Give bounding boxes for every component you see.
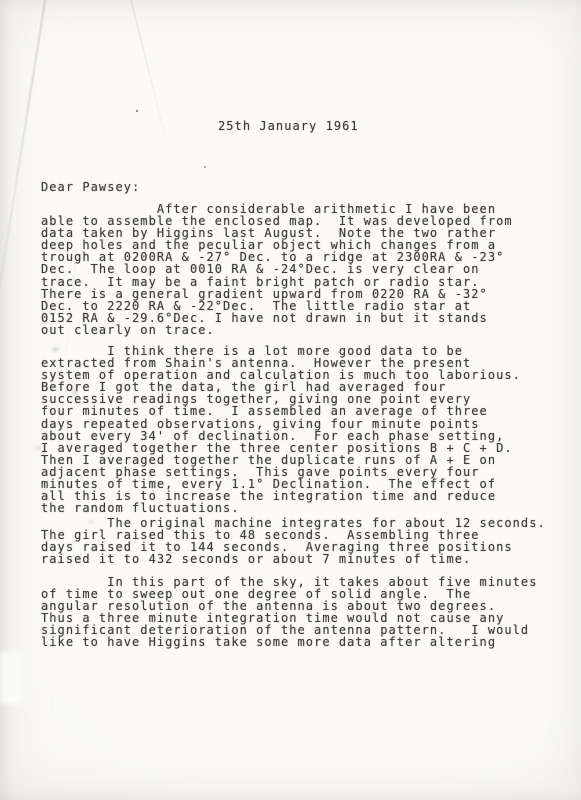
letter-page: 25th January 1961 Dear Pawsey: After con… — [0, 0, 581, 800]
letter-line: Dec. The loop at 0010 RA & -24°Dec. is v… — [41, 263, 513, 275]
paper-edge-patch — [0, 652, 22, 704]
letter-line: raised it to 432 seconds or about 7 minu… — [41, 553, 546, 565]
paragraph-1: After considerable arithmetic I have bee… — [41, 203, 513, 336]
paragraph-2: I think there is a lot more good data to… — [41, 345, 521, 514]
paper-speck — [136, 110, 138, 112]
letter-line: There is a general gradient upward from … — [41, 288, 513, 300]
letter-line: out clearly on trace. — [41, 324, 513, 336]
letter-line: about every 34' of declination. For each… — [41, 430, 521, 442]
letter-line: trace. It may be a faint bright patch or… — [41, 276, 513, 288]
paper-speck — [204, 166, 206, 168]
paragraph-4: In this part of the sky, it takes about … — [41, 576, 537, 649]
letter-salutation: Dear Pawsey: — [41, 181, 140, 193]
letter-line: the random fluctuations. — [41, 502, 521, 514]
paragraph-3: The original machine integrates for abou… — [41, 517, 546, 565]
letter-line: four minutes of time. I assembled an ave… — [41, 405, 521, 417]
letter-line: days repeated observations, giving four … — [41, 418, 521, 430]
paper-crease — [128, 0, 166, 136]
letter-line: like to have Higgins take some more data… — [41, 636, 537, 648]
letter-date: 25th January 1961 — [218, 120, 359, 132]
